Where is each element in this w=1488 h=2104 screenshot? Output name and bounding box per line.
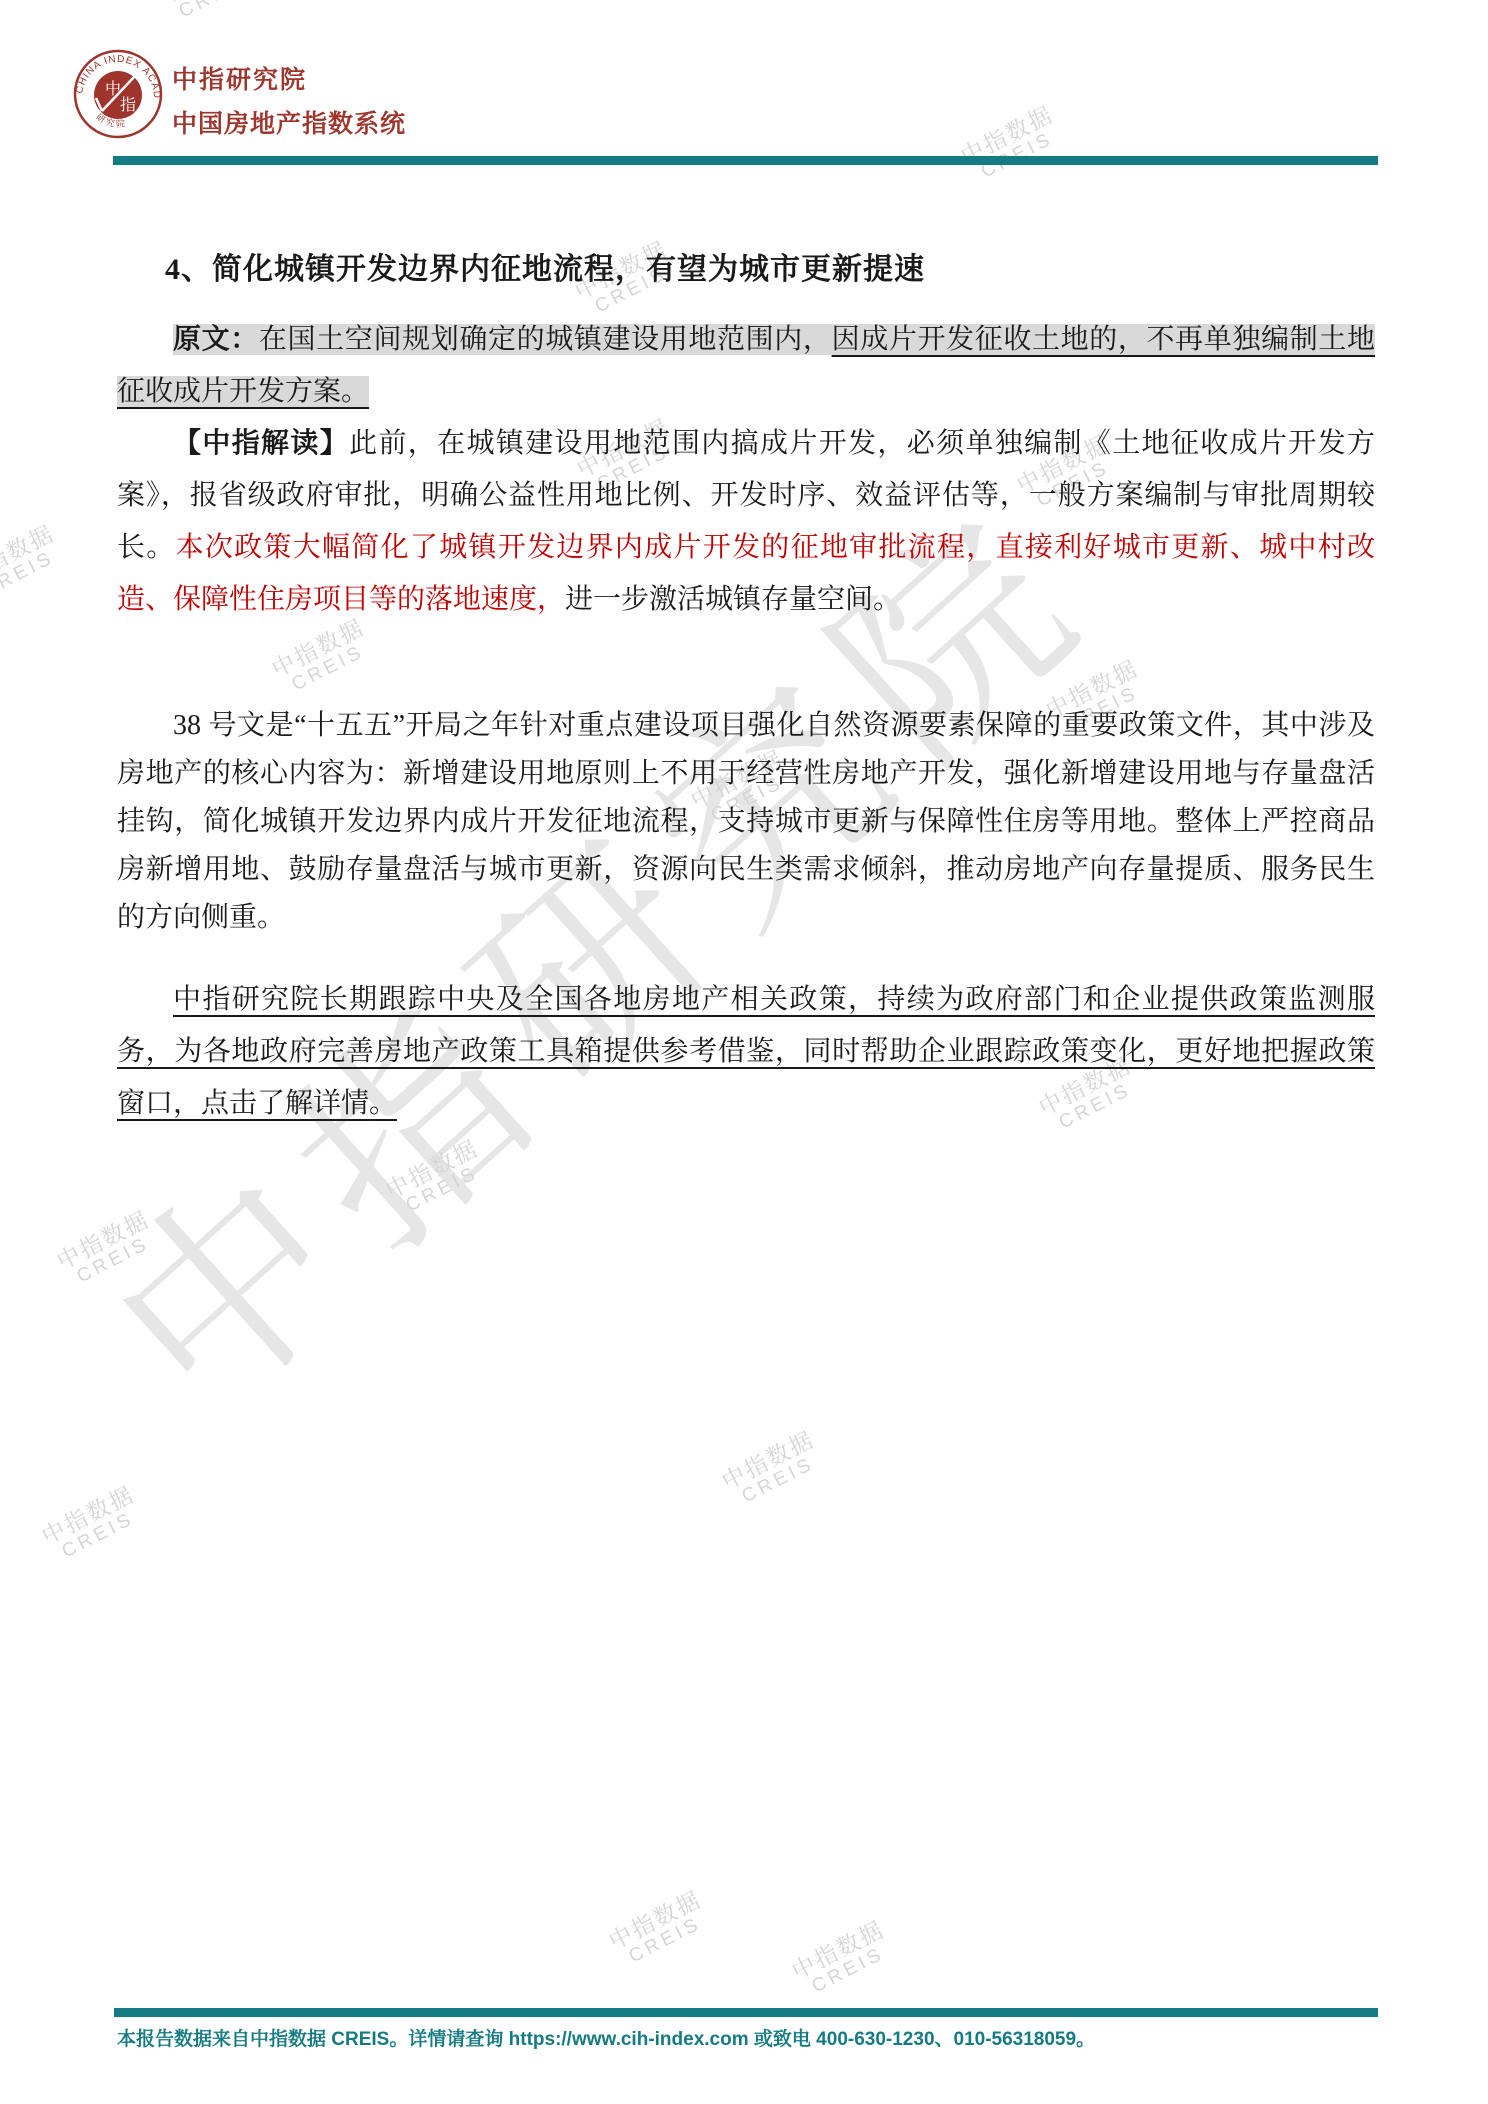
- interpretation-paragraph: 【中指解读】此前，在城镇建设用地范围内搞成片开发，必须单独编制《土地征收成片开发…: [117, 418, 1375, 626]
- footer-suffix: 或致电 400-630-1230、010-56318059。: [749, 2029, 1095, 2050]
- footer-prefix: 本报告数据来自中指数据 CREIS。详情请查询: [117, 2029, 509, 2050]
- interpretation-text-2: 进一步激活城镇存量空间。: [565, 584, 901, 615]
- brand-block: 中指研究院 中国房地产指数系统: [172, 60, 406, 140]
- report-body: 4、简化城镇开发边界内征地流程，有望为城市更新提速 原文：在国土空间规划确定的城…: [117, 244, 1375, 1130]
- footer-note: 本报告数据来自中指数据 CREIS。详情请查询 https://www.cih-…: [117, 2026, 1377, 2054]
- section-title: 4、简化城镇开发边界内征地流程，有望为城市更新提速: [117, 244, 1375, 288]
- seal-logo-graphic: CHINA INDEX ACADEMY 研 究 院 中 指: [72, 48, 164, 140]
- cia-seal-logo: CHINA INDEX ACADEMY 研 究 院 中 指: [72, 48, 164, 145]
- original-normal-text: 在国土空间规划确定的城镇建设用地范围内，: [259, 324, 832, 355]
- promo-text-end: 。: [369, 1088, 397, 1119]
- org-name: 中指研究院: [172, 60, 406, 96]
- document-page: 中指研究院 中指数据 CREIS 中指数据 CREIS 中指数据 CREIS 中…: [0, 0, 1488, 2104]
- header-divider: [113, 156, 1378, 165]
- svg-text:指: 指: [120, 96, 136, 114]
- system-name: 中国房地产指数系统: [172, 104, 406, 140]
- details-link[interactable]: 点击了解详情: [201, 1088, 369, 1119]
- original-text-paragraph: 原文：在国土空间规划确定的城镇建设用地范围内，因成片开发征收土地的，不再单独编制…: [117, 314, 1375, 418]
- footer-url-link[interactable]: https://www.cih-index.com: [509, 2029, 749, 2050]
- svg-text:中: 中: [105, 80, 121, 98]
- summary-paragraph: 38 号文是“十五五”开局之年针对重点建设项目强化自然资源要素保障的重要政策文件…: [117, 702, 1375, 942]
- original-label: 原文：: [173, 324, 259, 355]
- promo-paragraph: 中指研究院长期跟踪中央及全国各地房地产相关政策，持续为政府部门和企业提供政策监测…: [117, 974, 1375, 1130]
- interpretation-label: 【中指解读】: [173, 428, 349, 459]
- footer-divider: [114, 2008, 1378, 2017]
